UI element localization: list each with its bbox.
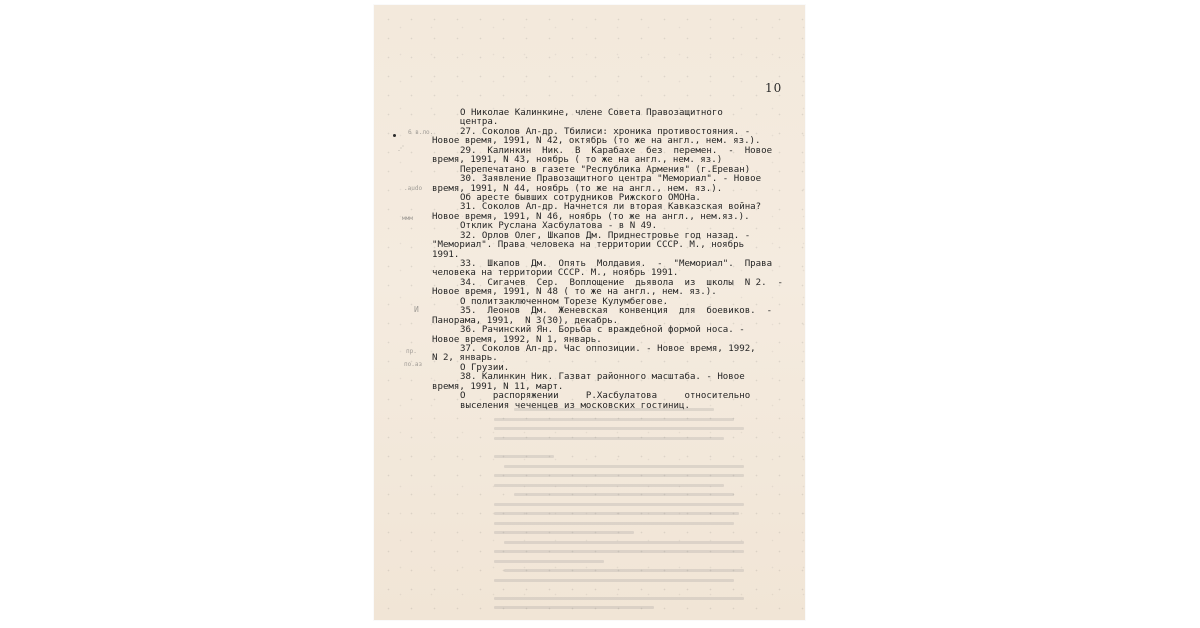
bleed-through-text [424,400,784,610]
text-line: "Мемориал". Права человека на территории… [432,241,792,250]
ink-speck [393,134,396,137]
page-number: 10 [765,81,782,95]
viewer-canvas: 6 в.ло. ⋰ .audo ммм И пр. по.аз 10 О Ник… [0,0,1200,628]
document-body: О Николае Калинкине, члене Совета Правоз… [432,109,792,411]
text-line: выселения чеченцев из московских гостини… [432,402,792,411]
margin-annotation: ммм [402,215,413,222]
margin-annotation: пр. [406,348,417,355]
margin-annotation: ⋰ [398,145,404,152]
margin-annotation: И [414,305,419,314]
margin-annotation: 6 в.ло. [408,129,433,136]
margin-annotation: .audo [404,185,422,192]
margin-annotation: по.аз [404,361,422,368]
scanned-page: 6 в.ло. ⋰ .audo ммм И пр. по.аз 10 О Ник… [374,5,805,620]
